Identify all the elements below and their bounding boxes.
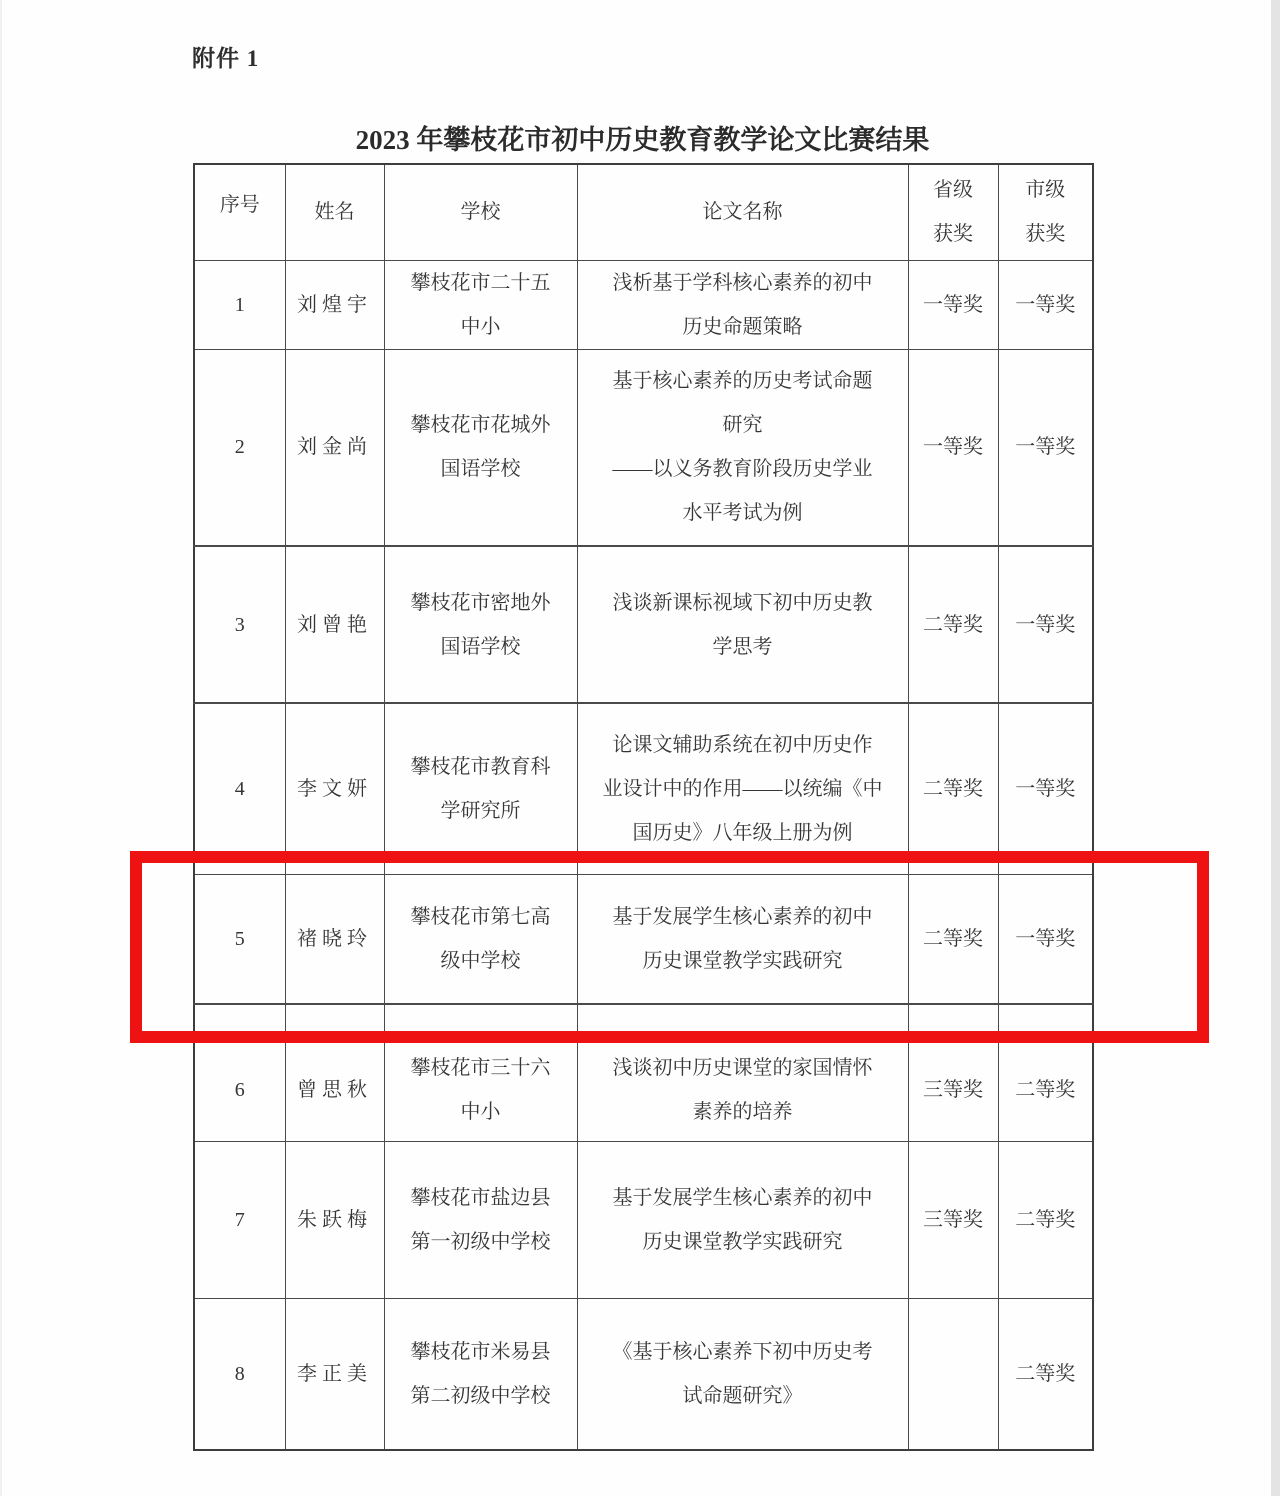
cell-paper: 论课文辅助系统在初中历史作 业设计中的作用——以统编《中 国历史》八年级上册为例 xyxy=(577,703,908,874)
cell-school: 攀枝花市密地外 国语学校 xyxy=(384,546,577,703)
cell-provincial-award: 三等奖 xyxy=(908,1141,998,1298)
cell-index: 2 xyxy=(194,349,285,546)
cell-paper: 《基于核心素养下初中历史考 试命题研究》 xyxy=(577,1298,908,1450)
page-edge xyxy=(1271,0,1280,1496)
table-row: 6 曾思秋 攀枝花市三十六 中小 浅谈初中历史课堂的家国情怀 素养的培养 三等奖… xyxy=(194,1038,1093,1141)
cell-name: 刘金尚 xyxy=(285,349,384,546)
empty-cell xyxy=(285,1004,384,1038)
cell-school: 攀枝花市三十六 中小 xyxy=(384,1038,577,1141)
empty-cell xyxy=(577,1004,908,1038)
cell-index: 6 xyxy=(194,1038,285,1141)
table-row: 2 刘金尚 攀枝花市花城外 国语学校 基于核心素养的历史考试命题 研究 ——以义… xyxy=(194,349,1093,546)
cell-school: 攀枝花市米易县 第二初级中学校 xyxy=(384,1298,577,1450)
cell-municipal-award: 一等奖 xyxy=(998,349,1093,546)
cell-provincial-award: 三等奖 xyxy=(908,1038,998,1141)
cell-school: 攀枝花市二十五 中小 xyxy=(384,260,577,349)
cell-municipal-award: 一等奖 xyxy=(998,260,1093,349)
cell-index: 7 xyxy=(194,1141,285,1298)
cell-paper: 基于核心素养的历史考试命题 研究 ——以义务教育阶段历史学业 水平考试为例 xyxy=(577,349,908,546)
cell-index: 8 xyxy=(194,1298,285,1450)
cell-name: 朱跃梅 xyxy=(285,1141,384,1298)
cell-name: 李正美 xyxy=(285,1298,384,1450)
cell-index: 1 xyxy=(194,260,285,349)
header-school: 学校 xyxy=(384,164,577,260)
cell-municipal-award: 二等奖 xyxy=(998,1298,1093,1450)
cell-paper: 浅析基于学科核心素养的初中 历史命题策略 xyxy=(577,260,908,349)
header-provincial: 省级 获奖 xyxy=(908,164,998,260)
cell-index: 3 xyxy=(194,546,285,703)
table-row: 3 刘曾艳 攀枝花市密地外 国语学校 浅谈新课标视域下初中历史教 学思考 二等奖… xyxy=(194,546,1093,703)
header-name: 姓名 xyxy=(285,164,384,260)
cell-municipal-award: 二等奖 xyxy=(998,1038,1093,1141)
header-index: 序号 xyxy=(194,164,285,260)
cell-name: 刘曾艳 xyxy=(285,546,384,703)
results-table: 序号 姓名 学校 论文名称 省级 获奖 市级 获奖 1 刘煌宇 攀枝花市二十五 … xyxy=(193,163,1094,1451)
cell-school: 攀枝花市第七高 级中学校 xyxy=(384,874,577,1004)
cell-municipal-award: 一等奖 xyxy=(998,874,1093,1004)
cell-municipal-award: 一等奖 xyxy=(998,546,1093,703)
attachment-label: 附件 1 xyxy=(192,40,259,73)
header-paper: 论文名称 xyxy=(577,164,908,260)
empty-cell xyxy=(384,1004,577,1038)
cell-index: 4 xyxy=(194,703,285,874)
cell-provincial-award: 二等奖 xyxy=(908,874,998,1004)
cell-name: 褚晓玲 xyxy=(285,874,384,1004)
cell-paper: 浅谈初中历史课堂的家国情怀 素养的培养 xyxy=(577,1038,908,1141)
cell-name: 李文妍 xyxy=(285,703,384,874)
cell-provincial-award: 二等奖 xyxy=(908,546,998,703)
empty-cell xyxy=(194,1004,285,1038)
table-row: 1 刘煌宇 攀枝花市二十五 中小 浅析基于学科核心素养的初中 历史命题策略 一等… xyxy=(194,260,1093,349)
cell-name: 曾思秋 xyxy=(285,1038,384,1141)
cell-school: 攀枝花市盐边县 第一初级中学校 xyxy=(384,1141,577,1298)
cell-name: 刘煌宇 xyxy=(285,260,384,349)
table-row-highlighted: 5 褚晓玲 攀枝花市第七高 级中学校 基于发展学生核心素养的初中 历史课堂教学实… xyxy=(194,874,1093,1004)
empty-cell xyxy=(998,1004,1093,1038)
cell-paper: 基于发展学生核心素养的初中 历史课堂教学实践研究 xyxy=(577,1141,908,1298)
cell-school: 攀枝花市教育科 学研究所 xyxy=(384,703,577,874)
cell-index: 5 xyxy=(194,874,285,1004)
page-title: 2023 年攀枝花市初中历史教育教学论文比赛结果 xyxy=(193,118,1092,157)
table-row: 7 朱跃梅 攀枝花市盐边县 第一初级中学校 基于发展学生核心素养的初中 历史课堂… xyxy=(194,1141,1093,1298)
table-row: 8 李正美 攀枝花市米易县 第二初级中学校 《基于核心素养下初中历史考 试命题研… xyxy=(194,1298,1093,1450)
spacer-row xyxy=(194,1004,1093,1038)
empty-cell xyxy=(908,1004,998,1038)
header-row: 序号 姓名 学校 论文名称 省级 获奖 市级 获奖 xyxy=(194,164,1093,260)
cell-provincial-award: 一等奖 xyxy=(908,260,998,349)
cell-paper: 基于发展学生核心素养的初中 历史课堂教学实践研究 xyxy=(577,874,908,1004)
header-municipal: 市级 获奖 xyxy=(998,164,1093,260)
cell-paper: 浅谈新课标视域下初中历史教 学思考 xyxy=(577,546,908,703)
cell-municipal-award: 一等奖 xyxy=(998,703,1093,874)
cell-provincial-award xyxy=(908,1298,998,1450)
cell-school: 攀枝花市花城外 国语学校 xyxy=(384,349,577,546)
cell-provincial-award: 一等奖 xyxy=(908,349,998,546)
table-row: 4 李文妍 攀枝花市教育科 学研究所 论课文辅助系统在初中历史作 业设计中的作用… xyxy=(194,703,1093,874)
cell-provincial-award: 二等奖 xyxy=(908,703,998,874)
document-page: 附件 1 2023 年攀枝花市初中历史教育教学论文比赛结果 序号 姓名 学校 论… xyxy=(0,0,1280,1496)
cell-municipal-award: 二等奖 xyxy=(998,1141,1093,1298)
